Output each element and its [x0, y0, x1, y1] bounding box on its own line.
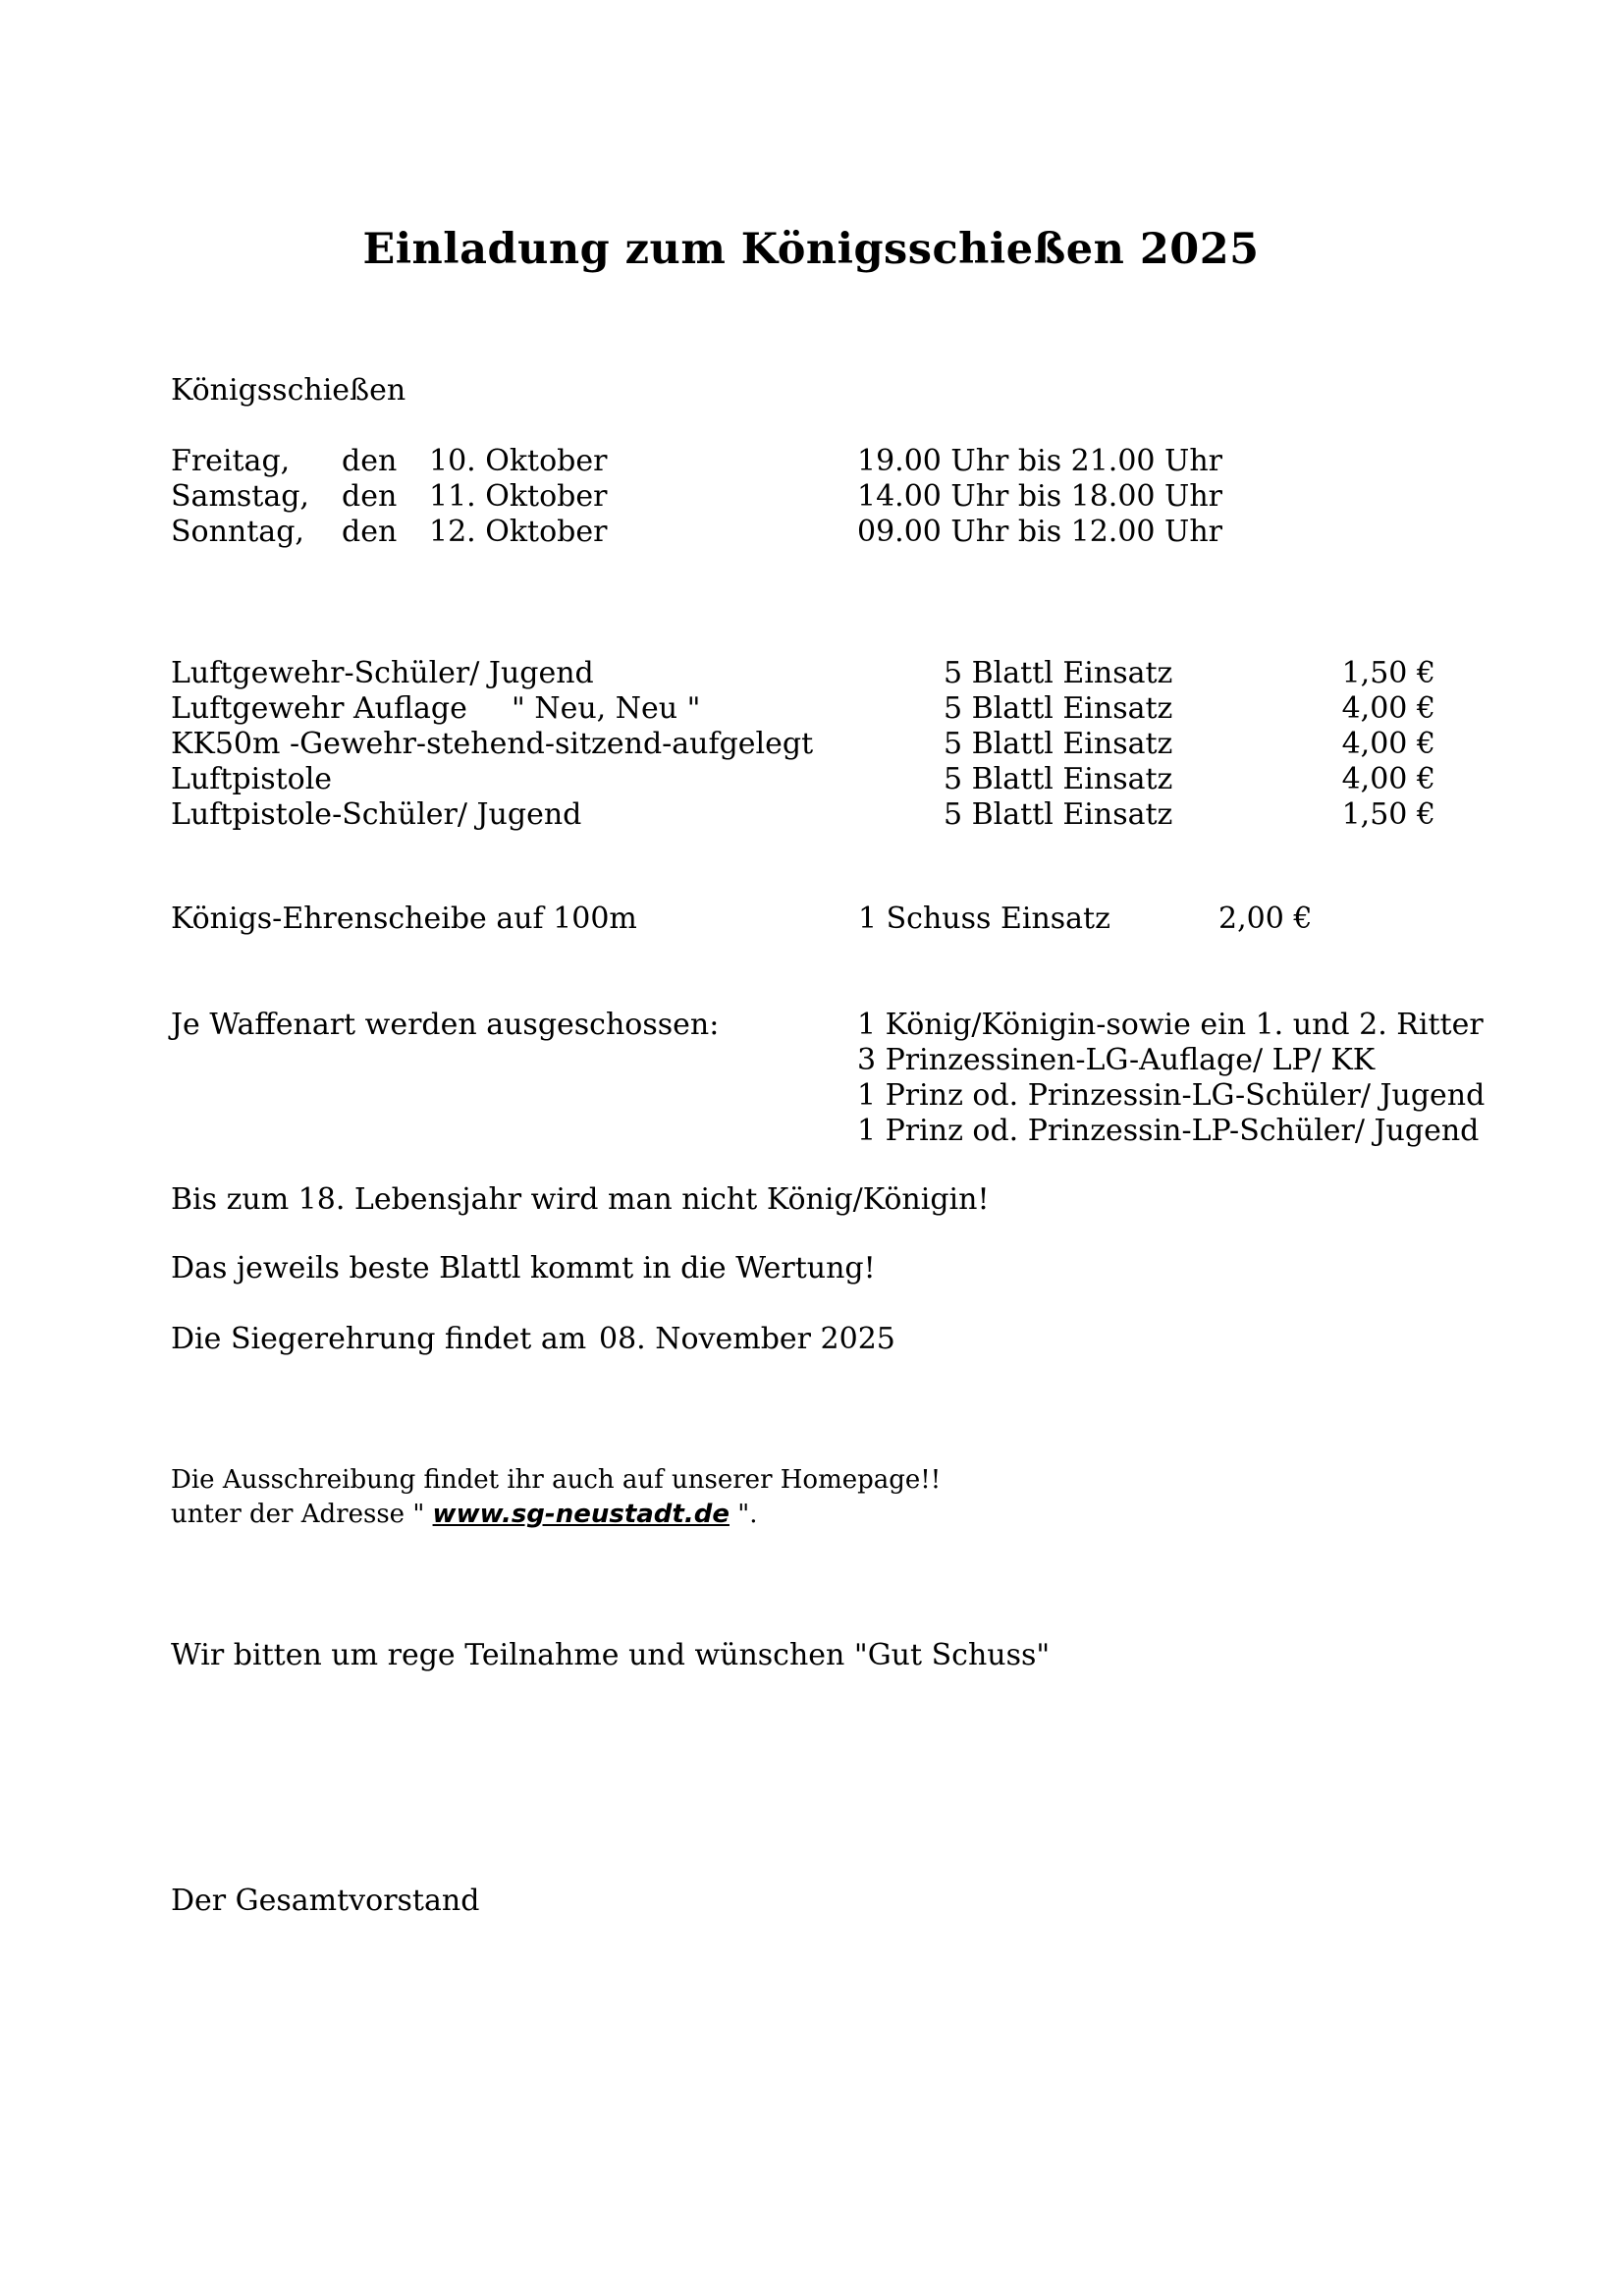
ceremony-text: Die Siegerehrung findet am — [171, 1322, 586, 1357]
award-item: 3 Prinzessinen-LG-Auflage/ LP/ KK — [857, 1043, 1375, 1078]
age-note: Bis zum 18. Lebensjahr wird man nicht Kö… — [171, 1182, 990, 1218]
ceremony-date: 08. November 2025 — [599, 1322, 895, 1357]
schedule-day: Samstag, — [171, 479, 309, 515]
award-item: 1 Prinz od. Prinzessin-LG-Schüler/ Jugen… — [857, 1078, 1485, 1114]
homepage-link[interactable]: www.sg-neustadt.de — [433, 1500, 730, 1529]
discipline-einsatz: 5 Blattl Einsatz — [944, 727, 1172, 762]
scoring-note: Das jeweils beste Blattl kommt in die We… — [171, 1251, 876, 1286]
ehrenscheibe-einsatz: 1 Schuss Einsatz — [858, 902, 1110, 937]
schedule-date: 10. Oktober — [429, 444, 607, 479]
schedule-day: Freitag, — [171, 444, 290, 479]
discipline-price: 4,00 € — [1276, 727, 1435, 762]
homepage-line: Die Ausschreibung findet ihr auch auf un… — [171, 1463, 941, 1497]
ehrenscheibe-price: 2,00 € — [1218, 902, 1312, 937]
awards-label: Je Waffenart werden ausgeschossen: — [171, 1008, 719, 1043]
discipline-name: Luftpistole — [171, 762, 332, 797]
section-heading: Königsschießen — [171, 373, 405, 409]
discipline-price: 4,00 € — [1276, 762, 1435, 797]
discipline-name: Luftpistole-Schüler/ Jugend — [171, 797, 581, 833]
homepage-suffix: ". — [737, 1500, 757, 1529]
schedule-date: 11. Oktober — [429, 479, 607, 515]
schedule-time: 14.00 Uhr bis 18.00 Uhr — [857, 479, 1222, 515]
discipline-price: 1,50 € — [1276, 797, 1435, 833]
schedule-date: 12. Oktober — [429, 515, 607, 550]
discipline-price: 1,50 € — [1276, 656, 1435, 691]
award-item: 1 König/Königin-sowie ein 1. und 2. Ritt… — [857, 1008, 1484, 1043]
homepage-address-line: unter der Adresse " www.sg-neustadt.de "… — [171, 1498, 757, 1531]
award-item: 1 Prinz od. Prinzessin-LP-Schüler/ Jugen… — [857, 1114, 1479, 1149]
discipline-einsatz: 5 Blattl Einsatz — [944, 691, 1172, 727]
schedule-den: den — [342, 444, 397, 479]
closing-text: Wir bitten um rege Teilnahme und wünsche… — [171, 1638, 1050, 1673]
ehrenscheibe-name: Königs-Ehrenscheibe auf 100m — [171, 902, 637, 937]
discipline-einsatz: 5 Blattl Einsatz — [944, 797, 1172, 833]
schedule-den: den — [342, 515, 397, 550]
schedule-den: den — [342, 479, 397, 515]
document-page: Einladung zum Königsschießen 2025 Königs… — [0, 0, 1622, 2296]
discipline-name: KK50m -Gewehr-stehend-sitzend-aufgelegt — [171, 727, 813, 762]
page-title: Einladung zum Königsschießen 2025 — [0, 232, 1622, 267]
homepage-prefix: unter der Adresse " — [171, 1500, 424, 1529]
discipline-name: Luftgewehr-Schüler/ Jugend — [171, 656, 594, 691]
discipline-price: 4,00 € — [1276, 691, 1435, 727]
discipline-einsatz: 5 Blattl Einsatz — [944, 762, 1172, 797]
discipline-name: Luftgewehr Auflage — [171, 691, 467, 727]
schedule-time: 09.00 Uhr bis 12.00 Uhr — [857, 515, 1222, 550]
signature: Der Gesamtvorstand — [171, 1884, 479, 1919]
schedule-time: 19.00 Uhr bis 21.00 Uhr — [857, 444, 1222, 479]
schedule-day: Sonntag, — [171, 515, 304, 550]
discipline-note: " Neu, Neu " — [512, 691, 700, 727]
discipline-einsatz: 5 Blattl Einsatz — [944, 656, 1172, 691]
